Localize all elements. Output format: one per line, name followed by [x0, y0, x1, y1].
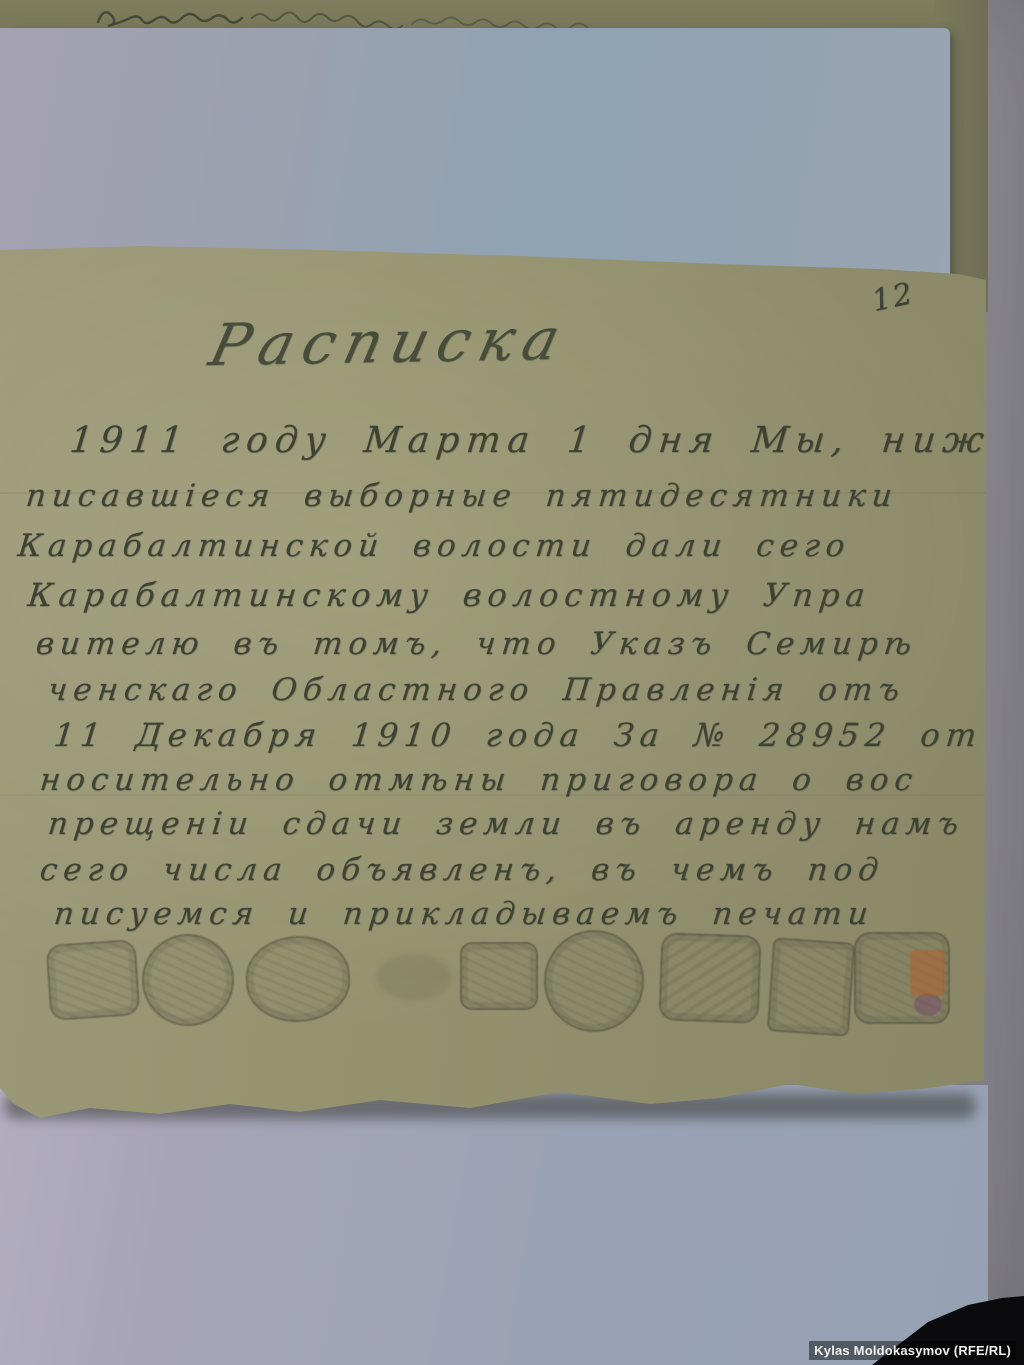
handwritten-line: Карабалтинскому волостному Упра	[26, 576, 873, 614]
handwritten-line: вителю въ томъ, что Указъ Семирѣ	[34, 626, 919, 662]
document-title-calligraphy: Расписка	[203, 305, 575, 379]
white-sheet-lower	[0, 1085, 988, 1365]
seal-stamp-2	[142, 934, 234, 1026]
seal-stamp-1	[45, 939, 140, 1021]
seal-stamp-6	[544, 930, 644, 1032]
handwritten-line: сего числа объявленъ, въ чемъ под	[38, 852, 886, 888]
handwritten-line: носительно отмѣны приговора о вос	[38, 762, 920, 798]
seal-stamp-9	[854, 932, 950, 1024]
handwritten-line: 1911 году Марта 1 дня Мы, нижепод—	[68, 420, 1024, 461]
handwritten-line: ченскаго Областного Правленія отъ	[46, 672, 907, 708]
seal-stamp-7	[658, 932, 761, 1023]
handwritten-line: писавшіеся выборные пятидесятники	[24, 478, 900, 514]
handwritten-line: Карабалтинской волости дали сего	[16, 528, 852, 564]
handwritten-line: 11 Декабря 1910 года За № 28952 от	[52, 716, 984, 754]
seal-stamp-3	[244, 933, 352, 1024]
seal-stamp-5	[460, 942, 538, 1010]
page-number: 12	[869, 276, 918, 319]
seal-stamp-8	[767, 937, 855, 1036]
handwritten-line: прещеніи сдачи земли въ аренду намъ	[46, 806, 966, 842]
illegible-cursive-mark	[92, 2, 652, 30]
receipt-document: 12 Расписка 1911 году Марта 1 дня Мы, ни…	[0, 242, 992, 1126]
handwritten-line: писуемся и прикладываемъ печати	[52, 896, 876, 932]
archival-photo: 12 Расписка 1911 году Марта 1 дня Мы, ни…	[0, 0, 1024, 1365]
photo-credit: Kylas Moldokasymov (RFE/RL)	[809, 1341, 1016, 1360]
seal-stamp-4	[376, 954, 452, 1000]
